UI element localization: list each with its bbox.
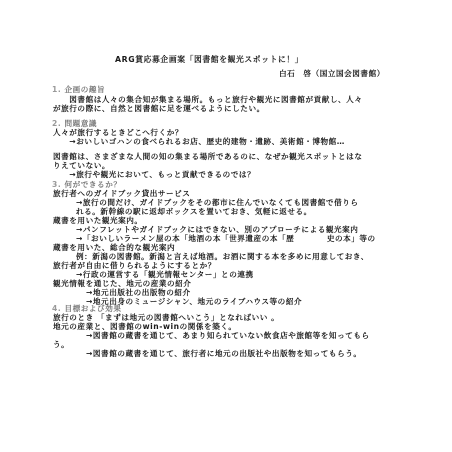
section-number: 3.	[52, 180, 61, 189]
paragraph-line: れる。新幹線の駅に返却ボックスを置いておき、気軽に返せる。	[76, 207, 312, 216]
paragraph-line: 観光情報を通じた、地元の産業の紹介	[53, 279, 191, 288]
section-title: 問題意識	[64, 119, 97, 128]
document-author: 白石 啓（国立国会図書館）	[279, 69, 385, 78]
paragraph-line: が旅行の際に、自然と図書館に足を運べるようにしたい。	[53, 104, 265, 113]
section-heading-4: 4. 目標および効果	[52, 304, 122, 313]
paragraph-line: 蔵書を用いた、総合的な観光案内	[53, 243, 175, 252]
paragraph-line: →地元出版社の出版物の紹介	[86, 288, 191, 297]
paragraph-line: →図書館の蔵書を通じて、旅行者に地元の出版社や出版物を知ってもらう。	[86, 349, 362, 358]
paragraph-line: 蔵書を用いた観光案内。	[53, 216, 143, 225]
paragraph-line: 例：新潟の図書館。新潟と言えば地酒。お酒に関する本を多めに用意しておき、	[76, 252, 369, 261]
section-number: 1.	[52, 85, 61, 94]
section-title: 何ができるか？	[64, 180, 121, 189]
document-title: ARG賞応募企画案「図書館を観光スポットに！」	[115, 55, 303, 64]
paragraph-line: 人々が旅行するときどこへ行くか？	[53, 128, 183, 137]
paragraph-line: 図書館は、さまざまな人間の知の集まる場所であるのに、なぜか観光スポットとはな	[53, 152, 362, 161]
section-title: 企画の趣旨	[64, 85, 105, 94]
section-number: 2.	[52, 119, 61, 128]
paragraph-line: 地元の産業と、図書館のwin-winの関係を築く。	[53, 322, 236, 331]
paragraph-line: 旅行者へのガイドブック貸出サービス	[53, 189, 190, 198]
paragraph-line: 旅行のとき 「まずは地元の図書館へいこう」となればいい 。	[53, 313, 279, 322]
paragraph-line: →行政の運営する「観光情報センター」との連携	[76, 270, 254, 279]
paragraph-line: りえていない。	[53, 161, 110, 170]
paragraph-line: 図書館は人々の集合知が集まる場所。もっと旅行や観光に図書館が貢献し、人々	[53, 95, 362, 104]
paragraph-line: →「おいしいラーメン屋の本「地酒の本「世界遺産の本「歴 史の本」等の	[76, 234, 376, 243]
paragraph-line: →パンフレットやガイドブックにはできない、別のアプローチによる観光案内	[76, 225, 358, 234]
paragraph-line: う。	[53, 340, 69, 349]
paragraph-line: →旅行の間だけ、ガイドブックをその都市に住んでいなくても図書館で借りら	[76, 198, 359, 207]
section-number: 4.	[52, 304, 61, 313]
document-page: ARG賞応募企画案「図書館を観光スポットに！」 白石 啓（国立国会図書館） 1.…	[0, 0, 452, 452]
paragraph-line: →旅行や観光において、もっと貢献できるのでは？	[53, 170, 255, 179]
section-title: 目標および効果	[64, 304, 121, 313]
paragraph-line: →おいしいゴハンの食べられるお店、歴史的建物・遺跡、美術館・博物館…	[53, 137, 345, 146]
paragraph-line: 旅行者が自由に借りられるようにするとか？	[53, 261, 216, 270]
paragraph-line: →図書館の蔵書を通じて、あまり知られていない飲食店や旅館等を知ってもら	[86, 331, 370, 340]
section-heading-1: 1. 企画の趣旨	[52, 85, 105, 94]
section-heading-3: 3. 何ができるか？	[52, 180, 122, 189]
section-heading-2: 2. 問題意識	[52, 119, 97, 128]
